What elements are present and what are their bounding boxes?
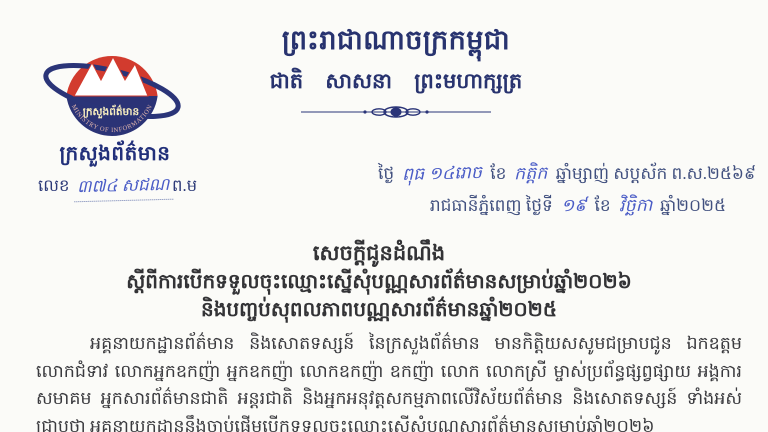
emblem-khmer-text: ក្រសួងព័ត៌មាន: [83, 104, 139, 119]
ref-prefix: លេខ: [38, 176, 69, 195]
ministry-logo-block: ក្រសួងព័ត៌មាន MINISTRY OF INFORMATION ក្…: [34, 34, 204, 201]
handwritten-lunar-day: ពុធ ១៤រោច: [402, 157, 483, 189]
buddhist-year-text: ឆ្នាំម្សាញ់ សប្តស័ក ព.ស.២៥៦៩: [556, 164, 756, 183]
emblem-mountains: [74, 57, 148, 96]
handwritten-month-name: វិច្ឆិកា: [618, 190, 652, 221]
ministry-name-label: ក្រសួងព័ត៌មាន: [34, 140, 196, 170]
title-line-1: សេចក្តីជូនដំណឹង: [20, 239, 738, 268]
month-label: ខែ: [490, 164, 506, 183]
handwritten-date-number: ១៩: [560, 190, 586, 221]
title-line-3: និងបញ្ចប់សុពលភាពបណ្ណសារព័ត៌មានឆ្នាំ២០២៥: [20, 296, 738, 324]
scanned-document-page: ក្រសួងព័ត៌មាន MINISTRY OF INFORMATION ក្…: [0, 0, 768, 432]
month-label-2: ខែ: [594, 196, 610, 215]
document-title: សេចក្តីជូនដំណឹង ស្តីពីការបើកទទួលចុះឈ្មោះ…: [20, 239, 738, 324]
national-header: ព្រះរាជាណាចក្រកម្ពុជា ជាតិ សាសនា ព្រះមហា…: [200, 24, 592, 124]
kingdom-title: ព្រះរាជាណាចក្រកម្ពុជា: [200, 24, 592, 63]
ref-suffix: ព.ម: [172, 176, 197, 195]
handwritten-lunar-month: កត្តិក: [514, 158, 548, 189]
civil-year-text: ឆ្នាំ២០២៥: [660, 196, 726, 215]
national-motto: ជាតិ សាសនា ព្រះមហាក្សត្រ: [200, 68, 592, 99]
dateline-block: ថ្ងៃ ពុធ ១៤រោច ខែ កត្តិក ឆ្នាំម្សាញ់ សប្…: [378, 158, 756, 222]
civil-date-line: រាជធានីភ្នំពេញ ថ្ងៃទី ១៩ ខែ វិច្ឆិកា ឆ្ន…: [378, 190, 756, 222]
document-reference-number: លេខ ៣៧៤ សជណព.ម: [38, 175, 204, 201]
ornament-divider: [301, 105, 491, 119]
title-line-2: ស្តីពីការបើកទទួលចុះឈ្មោះស្នើសុំបណ្ណសារព័…: [20, 268, 738, 296]
ministry-of-information-emblem-icon: ក្រសួងព័ត៌មាន MINISTRY OF INFORMATION: [40, 34, 188, 148]
day-label: ថ្ងៃ: [378, 164, 394, 183]
place-day-label: រាជធានីភ្នំពេញ ថ្ងៃទី: [430, 196, 553, 215]
lunar-date-line: ថ្ងៃ ពុធ ១៤រោច ខែ កត្តិក ឆ្នាំម្សាញ់ សប្…: [378, 158, 756, 190]
body-paragraph: អគ្គនាយកដ្ឋានព័ត៌មាន និងសោតទស្សន៍ នៃក្រស…: [36, 330, 742, 432]
ref-number-handwritten: ៣៧៤ សជណ: [73, 174, 172, 203]
